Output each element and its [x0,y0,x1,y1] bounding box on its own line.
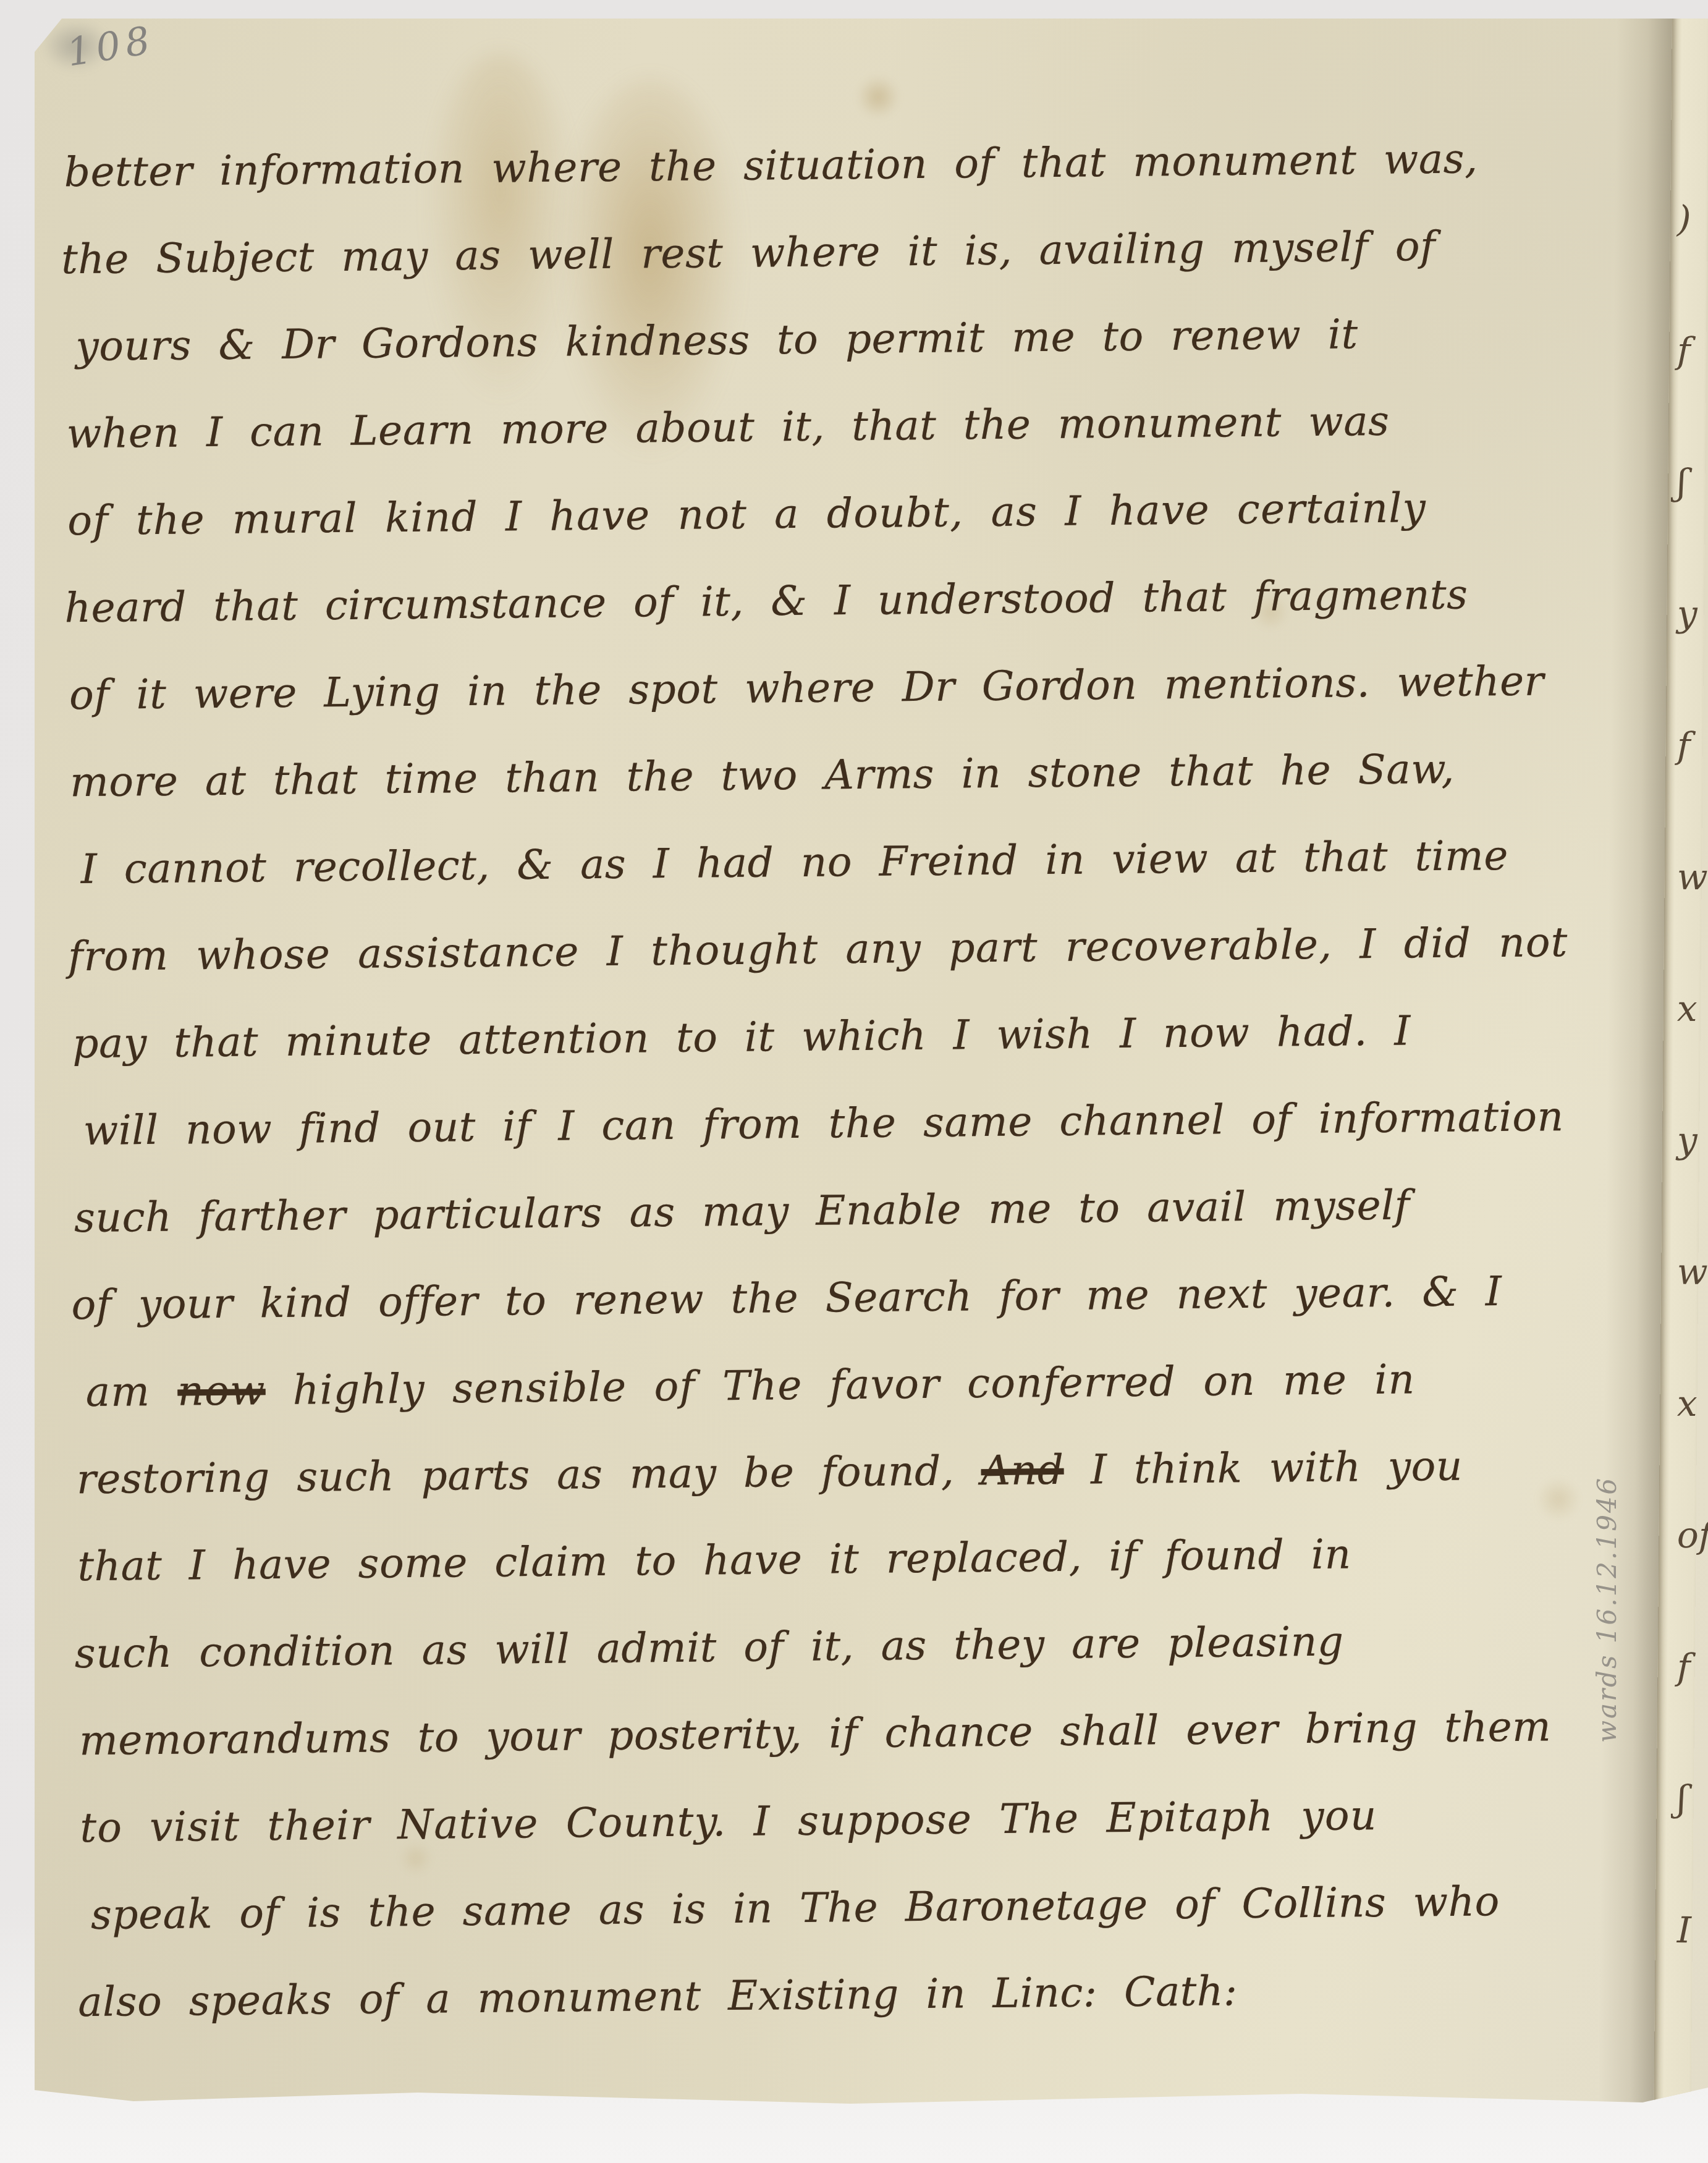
letter-line: such condition as will admit of it, as t… [74,1595,1651,1697]
letter-text: that I have some claim to have it replac… [77,1530,1351,1590]
edge-fragment: y [1677,593,1697,635]
edge-fragment: x [1677,1382,1697,1424]
letter-text: more at that time than the two Arms in s… [70,745,1455,806]
letter-text: restoring such parts as may be found, [77,1447,981,1503]
letter-line: heard that circumstance of it, & I under… [64,549,1641,651]
edge-fragment: f [1677,329,1691,371]
letter-text: of the mural kind I have not a doubt, as… [67,484,1427,544]
letter-line: will now find out if I can from the same… [83,1072,1646,1174]
edge-fragment: y [1677,1119,1697,1161]
edge-fragment: wh [1677,1251,1708,1293]
letter-text: when I can Learn more about it, that the… [67,397,1390,458]
stain [856,75,900,119]
photograph-background: 108 better information where the situati… [0,0,1708,2163]
letter-text: I think with you [1063,1442,1463,1494]
letter-line: more at that time than the two Arms in s… [70,724,1643,826]
edge-fragment: w [1677,856,1708,898]
letter-line: pay that minute attention to it which I … [72,985,1646,1087]
letter-text: yours & Dr Gordons kindness to permit me… [75,310,1358,370]
letter-line: to visit their Native County. I suppose … [80,1769,1653,1871]
letter-line: restoring such parts as may be found, An… [76,1421,1649,1523]
letter-body: better information where the situation o… [64,114,1655,2046]
letter-text: of it were Lying in the spot where Dr Go… [69,657,1544,719]
edge-fragment: ʃ [1677,1777,1687,1819]
letter-text: memorandums to your posterity, if chance… [79,1703,1552,1764]
letter-text: am [85,1368,177,1416]
letter-text: highly sensible of The favor conferred o… [265,1355,1415,1414]
edge-fragment: I [1677,1909,1692,1951]
letter-text: heard that circumstance of it, & I under… [64,571,1468,632]
letter-line: from whose assistance I thought any part… [67,898,1644,1000]
letter-text: better information where the situation o… [64,135,1478,196]
letter-line: am now highly sensible of The favor conf… [85,1334,1649,1436]
letter-line: such farther particulars as may Enable m… [74,1159,1647,1261]
letter-text: the Subject may as well rest where it is… [61,222,1436,283]
letter-line: that I have some claim to have it replac… [77,1508,1651,1610]
letter-line: of it were Lying in the spot where Dr Go… [69,637,1642,739]
letter-line: the Subject may as well rest where it is… [61,201,1638,303]
letter-line: also speaks of a monument Existing in Li… [78,1944,1655,2046]
letter-text: will now find out if I can from the same… [83,1093,1563,1154]
letter-line: of your kind offer to renew the Search f… [71,1247,1648,1348]
edge-fragment: ʃ [1677,461,1687,503]
letter-text: I cannot recollect, & as I had no Freind… [80,832,1508,893]
letter-line: when I can Learn more about it, that the… [66,375,1639,477]
letter-text: such condition as will admit of it, as t… [74,1618,1343,1678]
letter-text: to visit their Native County. I suppose … [80,1792,1377,1852]
letter-text: also speaks of a monument Existing in Li… [78,1967,1238,2026]
edge-fragment: f [1677,724,1691,766]
letter-text: speak of is the same as is in The Barone… [91,1877,1500,1939]
letter-text: pay that minute attention to it which I … [72,1007,1411,1067]
letter-line: memorandums to your posterity, if chance… [79,1682,1652,1784]
letter-line: speak of is the same as is in The Barone… [90,1856,1654,1958]
edge-fragment: f [1677,1646,1691,1688]
letter-text: of your kind offer to renew the Search f… [71,1268,1502,1329]
letter-page: 108 better information where the situati… [35,19,1708,2104]
struck-word: And [981,1446,1064,1494]
edge-inscription: wards 16.12.1946 [1592,1476,1622,1743]
letter-line: of the mural kind I have not a doubt, as… [67,462,1641,564]
edge-fragment: off [1677,1514,1708,1557]
struck-word: now [177,1366,266,1415]
edge-fragments: )fʃyfwxywhxofffʃI [1671,19,1708,2104]
edge-fragment: ) [1677,198,1691,240]
edge-fragment: x [1677,988,1697,1030]
letter-line: I cannot recollect, & as I had no Freind… [80,811,1644,913]
letter-text: such farther particulars as may Enable m… [74,1181,1410,1242]
letter-line: yours & Dr Gordons kindness to permit me… [75,288,1639,390]
letter-line: better information where the situation o… [64,114,1637,216]
letter-text: from whose assistance I thought any part… [68,918,1568,980]
